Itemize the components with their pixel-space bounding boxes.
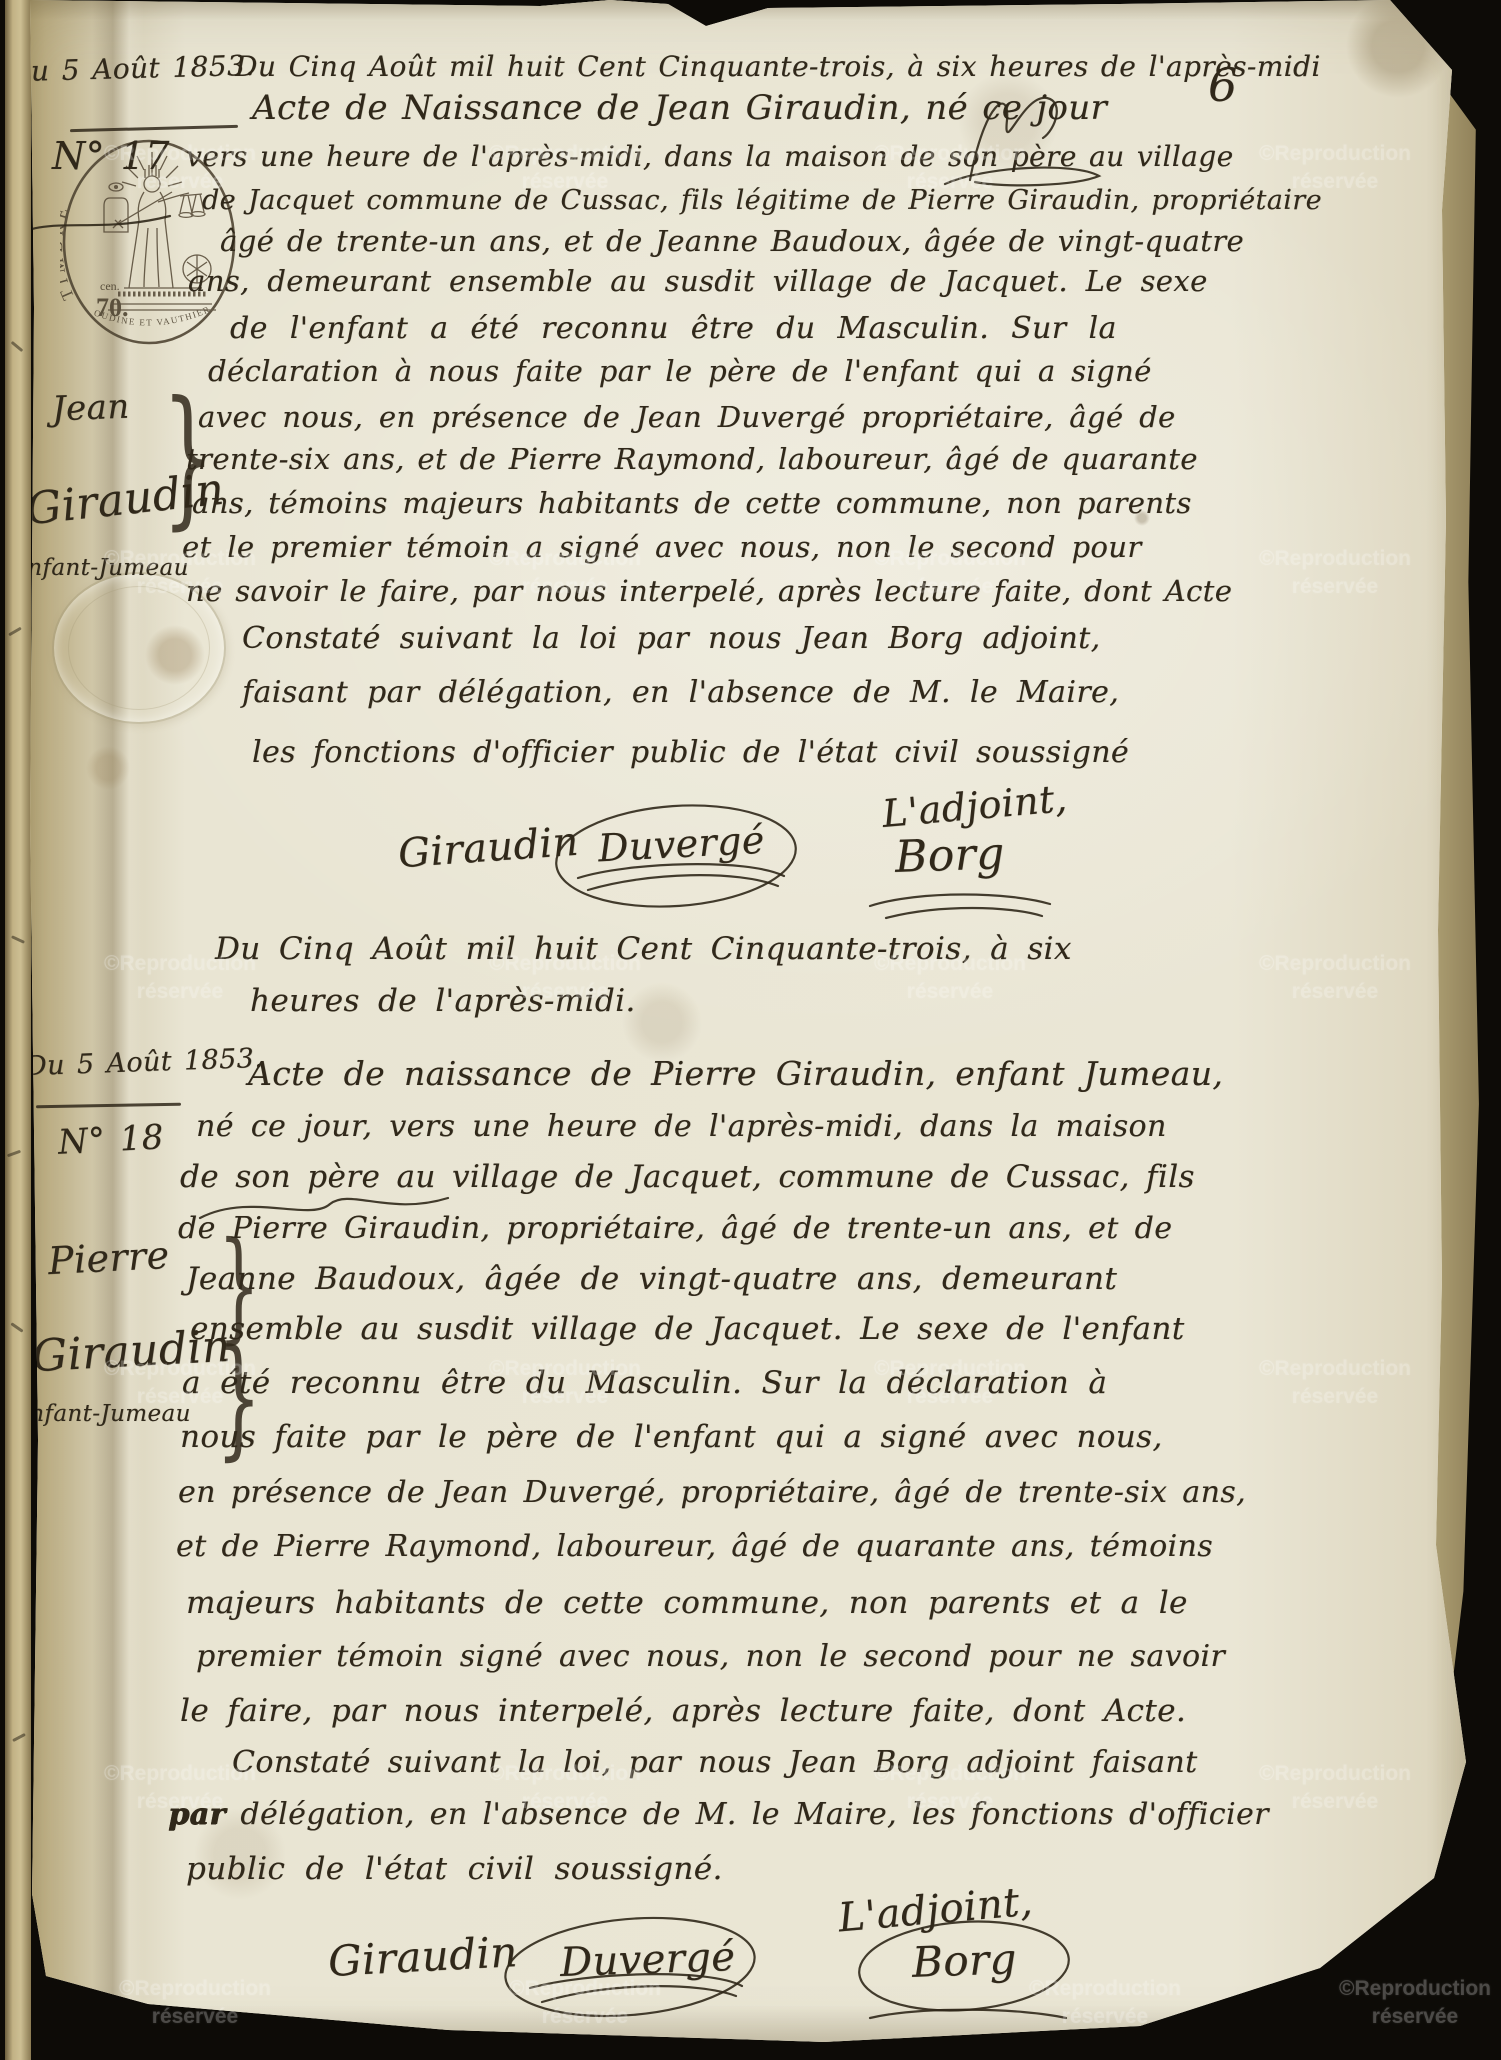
act1-line-15: faisant par délégation, en l'absence de …	[242, 676, 1119, 709]
act2-line-4: né ce jour, vers une heure de l'après-mi…	[196, 1110, 1167, 1143]
act2-line-6: de Pierre Giraudin, propriétaire, âgé de…	[178, 1212, 1172, 1245]
act1-line-14: Constaté suivant la loi par nous Jean Bo…	[242, 622, 1101, 655]
act2-line-7: Jeanne Baudoux, âgée de vingt-quatre ans…	[186, 1262, 1117, 1296]
paper-sheet: TIMBRE OUDINE ET VAUTHIER	[0, 0, 1501, 2060]
act2-line-13: majeurs habitants de cette commune, non …	[186, 1586, 1188, 1620]
act2-line-14: premier témoin signé avec nous, non le s…	[196, 1640, 1225, 1673]
act2-line-12: et de Pierre Raymond, laboureur, âgé de …	[176, 1530, 1213, 1563]
act1-line-12: et le premier témoin a signé avec nous, …	[182, 532, 1142, 564]
act2-line-10: nous faite par le père de l'enfant qui a…	[180, 1420, 1163, 1454]
reproduction-watermark: ©Reproduction réservée	[1320, 1975, 1501, 2032]
act1-line-9: avec nous, en présence de Jean Duvergé p…	[198, 402, 1176, 434]
act2-line-5: de son père au village de Jacquet, commu…	[180, 1160, 1195, 1194]
act1-signature-borg: Borg	[894, 830, 1005, 882]
act1-line-13: ne savoir le faire, par nous interpelé, …	[186, 576, 1232, 608]
act2-signature-duverge: Duvergé	[559, 1935, 736, 1985]
act1-line-6: ans, demeurant ensemble au susdit villag…	[188, 266, 1208, 298]
act1-paraph-flourish	[915, 80, 1125, 202]
act1-line-10: trente-six ans, et de Pierre Raymond, la…	[186, 444, 1198, 476]
act2-margin-name-first: Pierre	[47, 1235, 170, 1283]
act1-borg-underline	[860, 886, 1060, 928]
act2-number: N° 18	[57, 1119, 165, 1162]
stamp-value: 70.	[96, 293, 129, 322]
adjacent-page-edge	[5, 0, 31, 2060]
act2-line-15: le faire, par nous interpelé, après lect…	[180, 1694, 1186, 1728]
act1-line-1: Du Cinq Août mil huit Cent Cinquante-tro…	[235, 52, 1321, 83]
act2-line-3: Acte de naissance de Pierre Giraudin, en…	[248, 1056, 1223, 1092]
act1-margin-name-note: Enfant-Jumeau	[10, 556, 189, 581]
act2-signature-borg: Borg	[911, 1936, 1017, 1986]
register-page-scan: TIMBRE OUDINE ET VAUTHIER	[0, 0, 1501, 2060]
act2-line-9: a été reconnu être du Masculin. Sur la d…	[182, 1366, 1107, 1400]
act2-line-16: Constaté suivant la loi, par nous Jean B…	[232, 1746, 1198, 1779]
act2-overwritten-word: par	[168, 1797, 225, 1832]
act1-number: N° 17	[52, 136, 170, 178]
act2-line-17-rest: délégation, en l'absence de M. le Maire,…	[240, 1797, 1268, 1832]
act1-line-16: les fonctions d'officier public de l'éta…	[252, 736, 1129, 769]
act1-line-11: ans, témoins majeurs habitants de cette …	[192, 488, 1192, 520]
act2-line-2: heures de l'après-midi.	[250, 984, 636, 1018]
watermark-line1: ©Reproduction	[1320, 1975, 1501, 2003]
act1-signature-duverge: Duvergé	[597, 820, 766, 870]
act1-margin-date: Du 5 Août 1853.	[8, 51, 255, 88]
watermark-line2: réservée	[1320, 2003, 1501, 2031]
act2-line-1: Du Cinq Août mil huit Cent Cinquante-tro…	[215, 932, 1072, 966]
act2-signature-giraudin: Giraudin	[327, 1929, 519, 1985]
stamp-cent-label: cen.	[100, 279, 120, 293]
act2-line-17: par délégation, en l'absence de M. le Ma…	[168, 1798, 1269, 1831]
act1-line-8: déclaration à nous faite par le père de …	[208, 356, 1152, 388]
act2-line-11: en présence de Jean Duvergé, propriétair…	[178, 1476, 1246, 1509]
act1-line-7: de l'enfant a été reconnu être du Mascul…	[230, 312, 1117, 345]
act2-line-18: public de l'état civil soussigné.	[186, 1852, 723, 1886]
act2-line-8: ensemble au susdit village de Jacquet. L…	[190, 1312, 1185, 1346]
act1-line-4: de Jacquet commune de Cussac, fils légit…	[202, 186, 1322, 216]
act1-line-5: âgé de trente-un ans, et de Jeanne Baudo…	[220, 226, 1244, 258]
act1-margin-name-first: Jean	[51, 389, 130, 429]
act2-margin-name-note: Enfant-Jumeau	[12, 1402, 191, 1427]
